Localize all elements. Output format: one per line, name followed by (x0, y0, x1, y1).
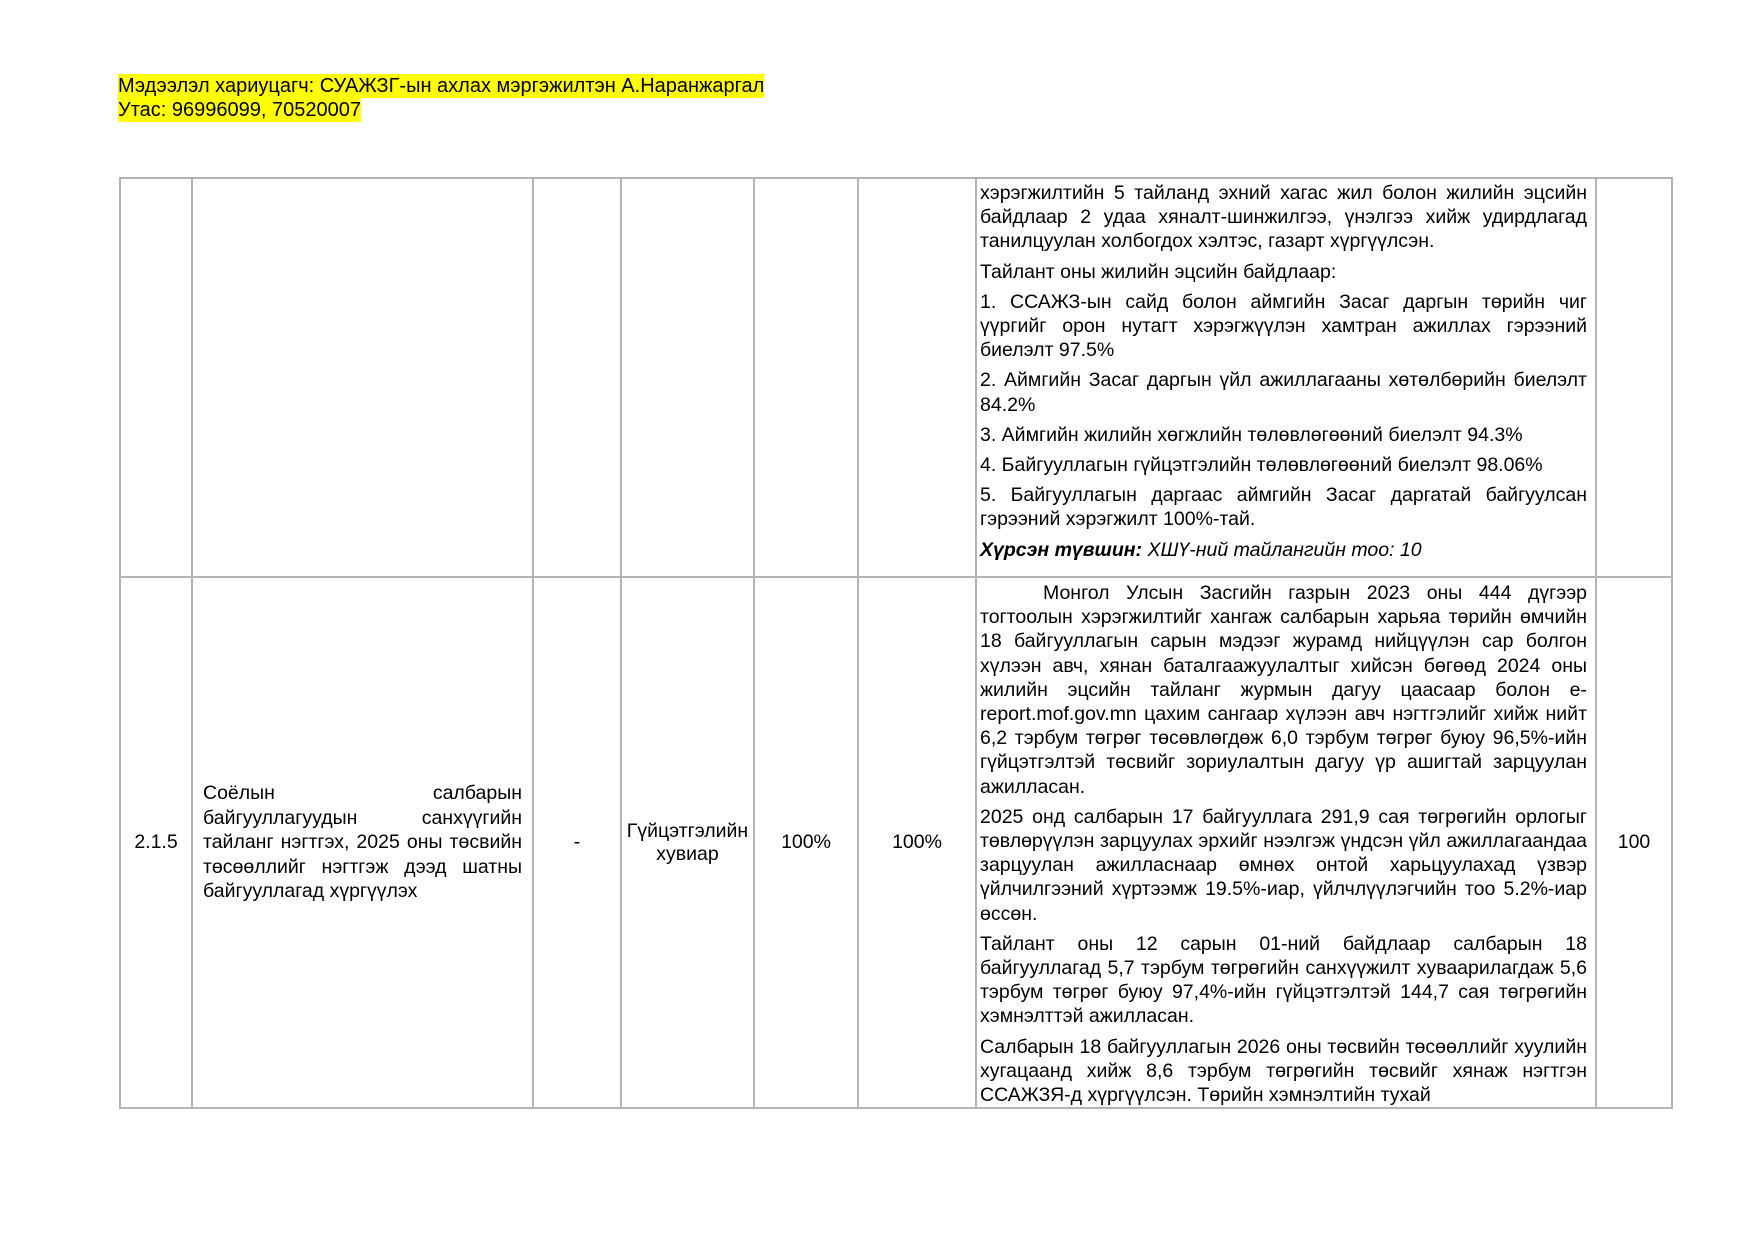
report-paragraph: 2. Аймгийн Засаг даргын үйл ажиллагааны … (980, 368, 1587, 416)
table-row: хэрэгжилтийн 5 тайланд эхний хагас жил б… (120, 178, 1672, 577)
cell-baseline (533, 178, 621, 577)
cell-indicator (621, 178, 754, 577)
cell-task: Соёлын салбарын байгууллагуудын санхүүги… (192, 577, 533, 1108)
cell-number: 2.1.5 (120, 577, 192, 1108)
table-row: 2.1.5 Соёлын салбарын байгууллагуудын са… (120, 577, 1672, 1108)
cell-report: хэрэгжилтийн 5 тайланд эхний хагас жил б… (976, 178, 1596, 577)
cell-target (754, 178, 858, 577)
cell-score (1596, 178, 1672, 577)
achieved-label: Хүрсэн түвшин: (980, 539, 1142, 561)
report-paragraph: 2025 онд салбарын 17 байгууллага 291,9 с… (980, 805, 1587, 926)
report-paragraph: Тайлант оны жилийн эцсийн байдлаар: (980, 260, 1587, 284)
achieved-value: ХШҮ-ний тайлангийн тоо: 10 (1142, 539, 1422, 561)
cell-task (192, 178, 533, 577)
report-table: хэрэгжилтийн 5 тайланд эхний хагас жил б… (119, 177, 1673, 1109)
cell-number (120, 178, 192, 577)
cell-baseline: - (533, 577, 621, 1108)
report-paragraph: Монгол Улсын Засгийн газрын 2023 оны 444… (980, 581, 1587, 799)
report-paragraph: 5. Байгууллагын даргаас аймгийн Засаг да… (980, 483, 1587, 531)
responsible-person: Мэдээлэл хариуцагч: СУАЖЗГ-ын ахлах мэрг… (118, 74, 764, 98)
report-paragraph: Тайлант оны 12 сарын 01-ний байдлаар сал… (980, 932, 1587, 1029)
cell-report: Монгол Улсын Засгийн газрын 2023 оны 444… (976, 577, 1596, 1108)
report-paragraph: 3. Аймгийн жилийн хөгжлийн төлөвлөгөөний… (980, 423, 1587, 447)
cell-score: 100 (1596, 577, 1672, 1108)
phone-numbers: Утас: 96996099, 70520007 (118, 98, 361, 122)
report-paragraph: хэрэгжилтийн 5 тайланд эхний хагас жил б… (980, 181, 1587, 254)
contact-info: Мэдээлэл хариуцагч: СУАЖЗГ-ын ахлах мэрг… (118, 74, 764, 122)
cell-target: 100% (754, 577, 858, 1108)
report-paragraph: 4. Байгууллагын гүйцэтгэлийн төлөвлөгөөн… (980, 453, 1587, 477)
cell-actual: 100% (858, 577, 976, 1108)
achieved-level: Хүрсэн түвшин: ХШҮ-ний тайлангийн тоо: 1… (980, 538, 1587, 562)
cell-indicator: Гүйцэтгэлийн хувиар (621, 577, 754, 1108)
report-paragraph: 1. ССАЖЗ-ын сайд болон аймгийн Засаг дар… (980, 290, 1587, 363)
report-paragraph: Салбарын 18 байгууллагын 2026 оны төсвий… (980, 1035, 1587, 1106)
cell-actual (858, 178, 976, 577)
